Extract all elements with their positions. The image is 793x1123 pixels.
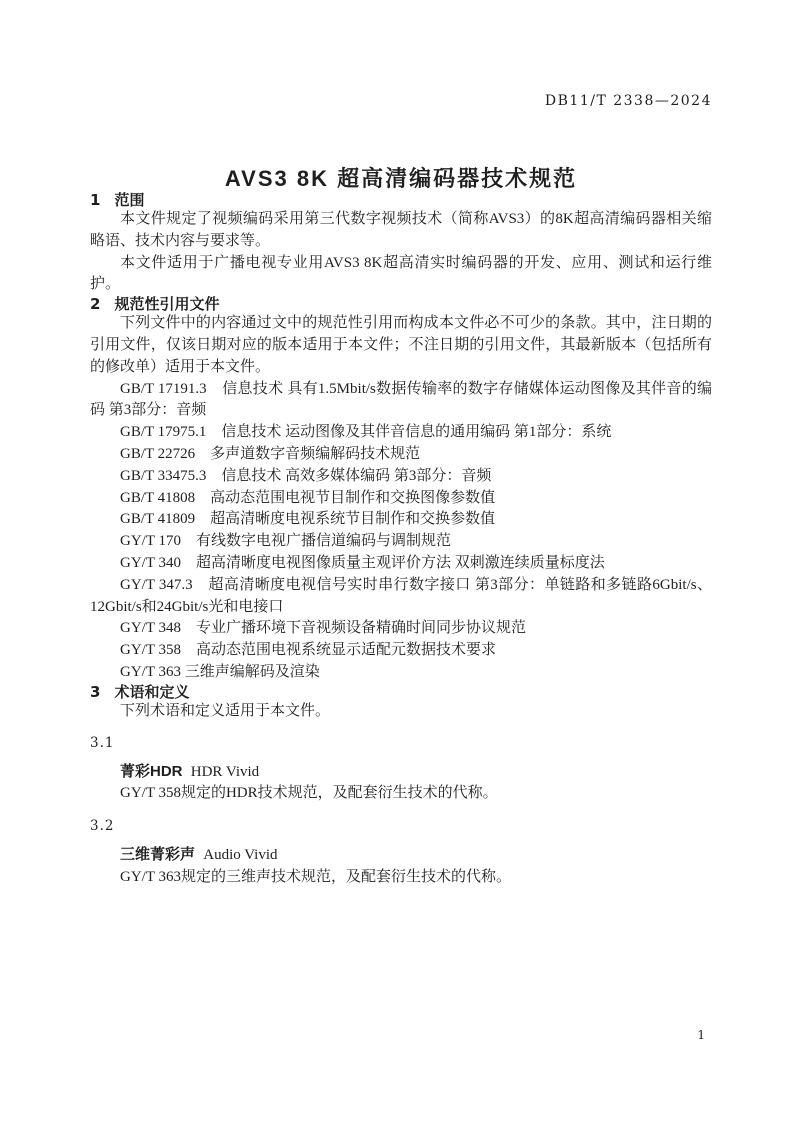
term-1-name-cn: 菁彩HDR: [120, 763, 183, 780]
reference-item: GB/T 22726 多声道数字音频编解码技术规范: [90, 444, 712, 466]
reference-item: GY/T 170 有线数字电视广播信道编码与调制规范: [90, 531, 712, 553]
term-2-name: 三维菁彩声Audio Vivid: [90, 844, 712, 867]
reference-item: GY/T 358 高动态范围电视系统显示适配元数据技术要求: [90, 640, 712, 662]
section-1-heading: 1范围: [90, 192, 712, 209]
section-3-heading: 3术语和定义: [90, 684, 712, 701]
reference-item: GB/T 41809 超高清晰度电视系统节目制作和交换参数值: [90, 509, 712, 531]
scope-paragraph-1: 本文件规定了视频编码采用第三代数字视频技术（简称AVS3）的8K超高清编码器相关…: [90, 209, 712, 253]
scope-paragraph-2: 本文件适用于广播电视专业用AVS3 8K超高清实时编码器的开发、应用、测试和运行…: [90, 253, 712, 297]
term-2-name-cn: 三维菁彩声: [120, 846, 195, 863]
section-3-title: 术语和定义: [114, 684, 189, 701]
section-2-number: 2: [90, 296, 100, 313]
reference-item: GB/T 17975.1 信息技术 运动图像及其伴音信息的通用编码 第1部分：系…: [90, 422, 712, 444]
term-1-clause-number: 3.1: [90, 733, 712, 753]
reference-item: GY/T 348 专业广播环境下音视频设备精确时间同步协议规范: [90, 618, 712, 640]
term-2-definition: GY/T 363规定的三维声技术规范，及配套衍生技术的代称。: [90, 867, 712, 889]
term-1-definition: GY/T 358规定的HDR技术规范，及配套衍生技术的代称。: [90, 783, 712, 805]
reference-item: GY/T 347.3 超高清晰度电视信号实时串行数字接口 第3部分：单链路和多链…: [90, 575, 712, 619]
section-1-title: 范围: [114, 192, 144, 209]
reference-item: GY/T 363 三维声编解码及渲染: [90, 662, 712, 684]
term-1-name: 菁彩HDRHDR Vivid: [90, 761, 712, 784]
section-2-heading: 2规范性引用文件: [90, 296, 712, 313]
section-1-number: 1: [90, 192, 100, 209]
reference-item: GY/T 340 超高清晰度电视图像质量主观评价方法 双刺激连续质量标度法: [90, 553, 712, 575]
reference-item: GB/T 17191.3 信息技术 具有1.5Mbit/s数据传输率的数字存储媒…: [90, 379, 712, 423]
doc-title: AVS3 8K 超高清编码器技术规范: [90, 166, 712, 192]
term-1-name-en: HDR Vivid: [191, 764, 259, 780]
normative-references-intro: 下列文件中的内容通过文中的规范性引用而构成本文件必不可少的条款。其中，注日期的引…: [90, 313, 712, 378]
reference-item: GB/T 41808 高动态范围电视节目制作和交换图像参数值: [90, 488, 712, 510]
term-2-name-en: Audio Vivid: [203, 847, 277, 863]
page-number: 1: [697, 1028, 705, 1042]
reference-item: GB/T 33475.3 信息技术 高效多媒体编码 第3部分：音频: [90, 466, 712, 488]
terms-intro: 下列术语和定义适用于本文件。: [90, 701, 712, 723]
section-2-title: 规范性引用文件: [114, 296, 219, 313]
document-page: DB11/T 2338—2024 AVS3 8K 超高清编码器技术规范 1范围 …: [0, 0, 793, 1123]
section-3-number: 3: [90, 684, 100, 701]
term-2-clause-number: 3.2: [90, 816, 712, 836]
doc-number: DB11/T 2338—2024: [90, 93, 712, 109]
